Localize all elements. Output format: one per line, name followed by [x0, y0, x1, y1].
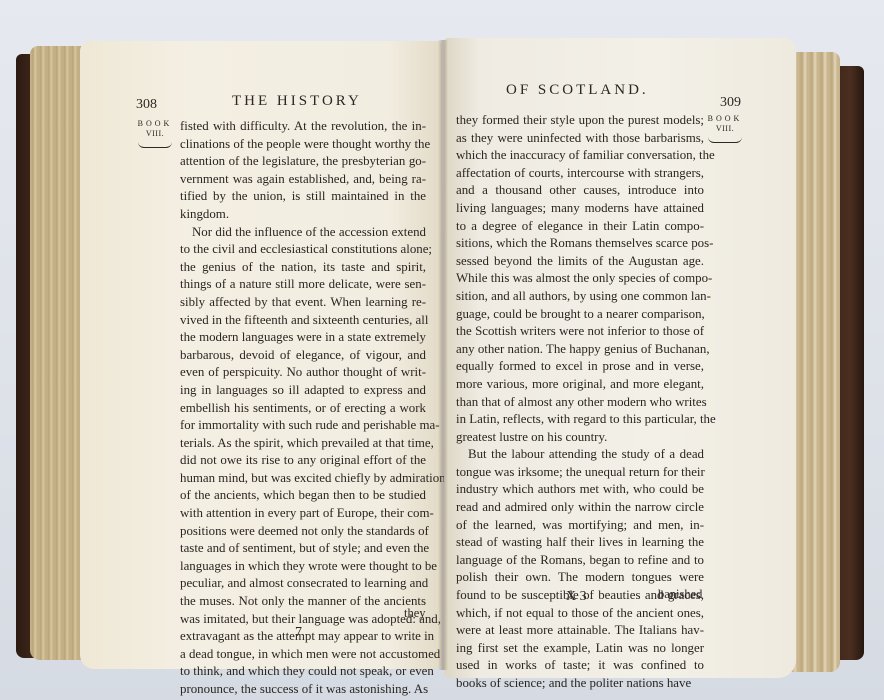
- text-line: as they were uninfected with those barba…: [456, 130, 704, 148]
- book-gutter: [438, 40, 448, 670]
- text-line: of the learned, was mortifying; and men,…: [456, 517, 704, 535]
- text-line: and a thousand other causes, introduce i…: [456, 182, 704, 200]
- text-line: attention of the legislature, the presby…: [180, 153, 426, 171]
- text-line: which, if not equal to those of the anci…: [456, 605, 704, 623]
- left-page-body: fisted with difficulty. At the revolutio…: [180, 118, 426, 699]
- text-line: the Scottish writers were not inferior t…: [456, 323, 704, 341]
- side-note-number: VIII.: [702, 124, 748, 134]
- brace-icon: [138, 141, 172, 148]
- text-line: did not owe its rise to any original eff…: [180, 452, 426, 470]
- text-line: things of a nature still more delicate, …: [180, 276, 426, 294]
- text-line: was imitated, but their language was ado…: [180, 611, 426, 629]
- text-line: to a degree of elegance in their Latin c…: [456, 218, 704, 236]
- text-line: tongue was irksome; the unequal return f…: [456, 464, 704, 482]
- side-note-label: BOOK: [708, 114, 743, 123]
- text-line: which the inaccuracy of familiar convers…: [456, 147, 704, 165]
- text-line: sessed beyond the limits of the Augustan…: [456, 253, 704, 271]
- text-line: the genius of the nation, its taste and …: [180, 259, 426, 277]
- text-line: they formed their style upon the purest …: [456, 112, 704, 130]
- left-signature-mark: 7: [295, 625, 302, 641]
- text-line: sitions, which the Romans themselves sca…: [456, 235, 704, 253]
- text-line: positions were deemed not only the stand…: [180, 523, 426, 541]
- text-line: sibly affected by that event. When learn…: [180, 294, 426, 312]
- left-page: 308 THE HISTORY BOOK VIII. fisted with d…: [80, 41, 442, 669]
- text-line: even of perspicuity. No author thought o…: [180, 364, 426, 382]
- text-line: fisted with difficulty. At the revolutio…: [180, 118, 426, 136]
- text-line: industry which authors met with, who cou…: [456, 481, 704, 499]
- right-running-head: OF SCOTLAND.: [506, 82, 649, 99]
- left-catchword: they: [404, 606, 426, 621]
- text-line: equally formed to excel in prose and in …: [456, 358, 704, 376]
- side-note-number: VIII.: [132, 129, 178, 139]
- right-catchword: banished: [658, 587, 702, 602]
- text-line: barbarous, devoid of elegance, of vigour…: [180, 347, 426, 365]
- text-line: embellish his sentiments, or of erecting…: [180, 400, 426, 418]
- text-line: read and admired only within the narrow …: [456, 499, 704, 517]
- text-line: books of science; and the politer nation…: [456, 675, 704, 693]
- text-line: than that of almost any other modern who…: [456, 394, 704, 412]
- text-line: a dead tongue, in which men were not acc…: [180, 646, 426, 664]
- text-line: of the ancients, which began then to be …: [180, 487, 426, 505]
- text-line: living languages; many moderns have atta…: [456, 200, 704, 218]
- side-note-label: BOOK: [138, 119, 173, 128]
- text-line: peculiar, and almost consecrated to lear…: [180, 575, 426, 593]
- right-page-body: they formed their style upon the purest …: [456, 112, 704, 693]
- text-line: for immortality with such rude and peris…: [180, 417, 426, 435]
- brace-icon: [708, 136, 742, 143]
- text-line: vernment was again established, and, bei…: [180, 171, 426, 189]
- text-line: the modern languages were in a state ext…: [180, 329, 426, 347]
- text-line: kingdom.: [180, 206, 426, 224]
- text-line: affectation of courts, intercourse with …: [456, 165, 704, 183]
- text-line: in Latin, reflects, with regard to this …: [456, 411, 704, 429]
- text-line: While this was almost the only species o…: [456, 270, 704, 288]
- text-line: taste and of sentiment, but of style; an…: [180, 540, 426, 558]
- text-line: stead of wasting half their lives in lea…: [456, 534, 704, 552]
- text-line: languages in which they wrote were thoug…: [180, 558, 426, 576]
- right-page-number: 309: [720, 95, 741, 111]
- right-page: OF SCOTLAND. 309 BOOK VIII. they formed …: [444, 38, 796, 678]
- text-line: human mind, but was excited chiefly by a…: [180, 470, 426, 488]
- text-line: terials. As the spirit, which prevailed …: [180, 435, 426, 453]
- text-line: to the civil and ecclesiastical constitu…: [180, 241, 426, 259]
- text-line: greatest lustre on his country.: [456, 429, 704, 447]
- text-line: clinations of the people were thought wo…: [180, 136, 426, 154]
- text-line: any other nation. The happy genius of Bu…: [456, 341, 704, 359]
- text-line: ing in languages so ill adapted to expre…: [180, 382, 426, 400]
- text-line: But the labour attending the study of a …: [456, 446, 704, 464]
- text-line: more various, more original, and more el…: [456, 376, 704, 394]
- right-side-note: BOOK VIII.: [702, 114, 748, 143]
- text-line: extravagant as the attempt may appear to…: [180, 628, 426, 646]
- text-line: guage, could be brought to a nearer comp…: [456, 306, 704, 324]
- page-edges-left: [30, 46, 86, 660]
- text-line: to think, and which they could not speak…: [180, 663, 426, 681]
- text-line: used in works of taste; it was confined …: [456, 657, 704, 675]
- text-line: sition, and all authors, by using one co…: [456, 288, 704, 306]
- left-page-number: 308: [136, 97, 157, 113]
- left-running-head: THE HISTORY: [232, 93, 362, 110]
- text-line: pronounce, the success of it was astonis…: [180, 681, 426, 699]
- text-line: tified by the union, is still maintained…: [180, 188, 426, 206]
- text-line: the muses. Not only the manner of the an…: [180, 593, 426, 611]
- text-line: vived in the fifteenth and sixteenth cen…: [180, 312, 426, 330]
- text-line: with attention in every part of Europe, …: [180, 505, 426, 523]
- text-line: language of the Romans, began to refine …: [456, 552, 704, 570]
- text-line: were at least more attainable. The Itali…: [456, 622, 704, 640]
- text-line: polish their own. The modern tongues wer…: [456, 569, 704, 587]
- left-side-note: BOOK VIII.: [132, 119, 178, 148]
- text-line: Nor did the influence of the accession e…: [180, 224, 426, 242]
- text-line: ing first set the example, Latin was no …: [456, 640, 704, 658]
- right-signature-mark: X 3: [566, 589, 587, 605]
